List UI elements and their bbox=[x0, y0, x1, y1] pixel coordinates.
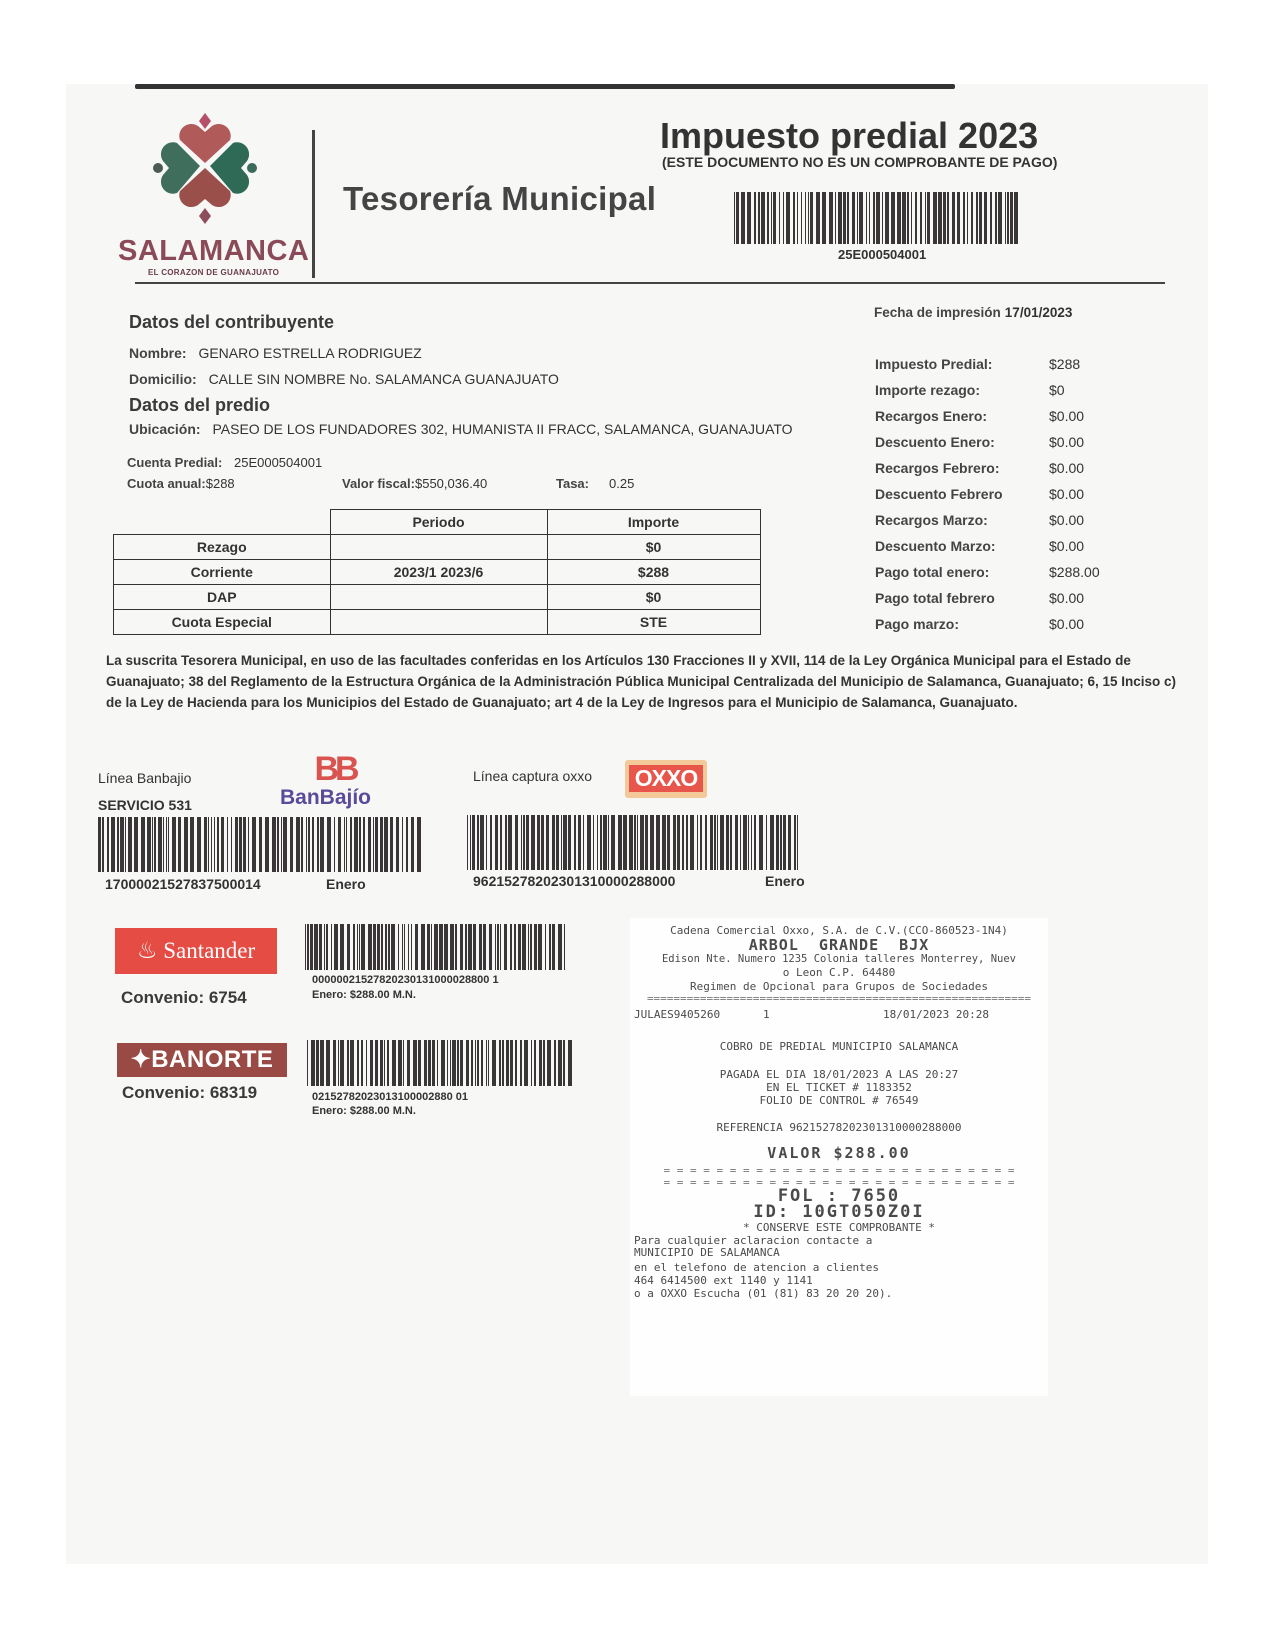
amount-cell: STE bbox=[547, 610, 760, 635]
barcode-bar bbox=[608, 815, 609, 870]
period-table: Periodo Importe Rezago $0 Corriente 2023… bbox=[113, 509, 761, 635]
barcode-bar bbox=[736, 192, 739, 244]
barcode-bar bbox=[546, 815, 549, 870]
barcode-bar bbox=[317, 817, 319, 872]
barcode-bar bbox=[154, 817, 156, 872]
barcode-bar bbox=[473, 924, 476, 970]
barcode-bar bbox=[805, 192, 806, 244]
barcode-bar bbox=[338, 817, 341, 872]
barcode-bar bbox=[404, 924, 405, 970]
barcode-bar bbox=[431, 924, 432, 970]
barcode-bar bbox=[477, 1040, 479, 1086]
barcode-bar bbox=[350, 817, 352, 872]
barcode-bar bbox=[480, 815, 484, 870]
barcode-bar bbox=[290, 817, 293, 872]
barcode-bar bbox=[747, 192, 751, 244]
barcode-bar bbox=[310, 924, 313, 970]
barcode-bar bbox=[829, 192, 833, 244]
barcode-bar bbox=[673, 815, 676, 870]
rate-value: 0.25 bbox=[609, 476, 634, 491]
barcode-bar bbox=[866, 192, 867, 244]
barcode-bar bbox=[952, 192, 955, 244]
summary-row: Descuento Enero:$0.00 bbox=[875, 434, 1100, 460]
barcode-bar bbox=[869, 192, 870, 244]
barcode-bar bbox=[320, 1040, 324, 1086]
barcode-bar bbox=[971, 192, 973, 244]
summary-row: Importe rezago:$0 bbox=[875, 382, 1100, 408]
banbajio-service: SERVICIO 531 bbox=[98, 797, 192, 813]
period-cell: 2023/1 2023/6 bbox=[330, 560, 547, 585]
concept-cell: Cuota Especial bbox=[114, 610, 331, 635]
barcode-bar bbox=[368, 817, 371, 872]
oxxo-reference: 96215278202301310000288000 bbox=[473, 873, 675, 889]
banorte-logo-text: BANORTE bbox=[151, 1046, 273, 1073]
barcode-bar bbox=[578, 815, 581, 870]
barcode-bar bbox=[920, 192, 922, 244]
barcode-bar bbox=[450, 924, 454, 970]
summary-label: Descuento Febrero bbox=[875, 486, 1049, 512]
barcode-bar bbox=[797, 815, 798, 870]
barcode-bar bbox=[305, 924, 306, 970]
barcode-bar bbox=[450, 1040, 451, 1086]
barcode-bar bbox=[783, 192, 784, 244]
santander-flame-icon: ♨ bbox=[137, 938, 163, 963]
barcode-bar bbox=[793, 192, 795, 244]
table-row: DAP $0 bbox=[114, 585, 761, 610]
barcode-bar bbox=[111, 817, 115, 872]
barcode-bar bbox=[190, 817, 194, 872]
summary-row: Descuento Febrero$0.00 bbox=[875, 486, 1100, 512]
document-disclaimer: (ESTE DOCUMENTO NO ES UN COMPROBANTE DE … bbox=[662, 154, 1057, 170]
summary-row: Pago total febrero$0.00 bbox=[875, 590, 1100, 616]
barcode-bar bbox=[418, 1040, 421, 1086]
annual-row: Cuota anual:$288 bbox=[127, 476, 235, 491]
barcode-bar bbox=[518, 924, 521, 970]
barcode-bar bbox=[346, 817, 347, 872]
receipt-terminal: 1 bbox=[763, 1008, 770, 1021]
barcode-bar bbox=[1005, 192, 1006, 244]
barcode-bar bbox=[891, 192, 895, 244]
barcode-bar bbox=[432, 1040, 435, 1086]
barcode-bar bbox=[907, 192, 909, 244]
barcode-bar bbox=[510, 1040, 513, 1086]
amount-cell: $0 bbox=[547, 535, 760, 560]
municipality-slogan: EL CORAZON DE GUANAJUATO bbox=[148, 268, 279, 277]
oxxo-logo-text: OXXO bbox=[629, 765, 703, 792]
barcode-bar bbox=[534, 1040, 536, 1086]
barcode-bar bbox=[751, 815, 752, 870]
santander-amount: Enero: $288.00 M.N. bbox=[312, 989, 416, 1001]
address-label: Domicilio: bbox=[129, 371, 197, 387]
barcode-bar bbox=[197, 817, 201, 872]
property-heading: Datos del predio bbox=[129, 395, 270, 416]
receipt-contact-2: MUNICIPIO DE SALAMANCA bbox=[634, 1246, 780, 1259]
barcode-bar bbox=[490, 815, 492, 870]
document-title: Impuesto predial 2023 bbox=[660, 115, 1038, 157]
barcode-bar bbox=[915, 192, 917, 244]
barcode-bar bbox=[387, 1040, 389, 1086]
barcode-bar bbox=[361, 924, 365, 970]
barcode-bar bbox=[640, 815, 644, 870]
barcode-bar bbox=[717, 815, 718, 870]
barcode-bar bbox=[645, 815, 648, 870]
banbajio-month: Enero bbox=[326, 876, 366, 892]
barcode-bar bbox=[526, 815, 529, 870]
summary-value: $0.00 bbox=[1049, 460, 1084, 486]
barcode-bar bbox=[497, 924, 499, 970]
concept-cell: Corriente bbox=[114, 560, 331, 585]
barcode-bar bbox=[221, 817, 224, 872]
rate-label: Tasa: bbox=[556, 476, 589, 491]
barcode-bar bbox=[477, 815, 479, 870]
barcode-bar bbox=[662, 815, 666, 870]
barcode-bar bbox=[634, 815, 636, 870]
barcode-bar bbox=[492, 1040, 496, 1086]
office-name: Tesorería Municipal bbox=[343, 180, 656, 218]
barcode-bar bbox=[714, 815, 716, 870]
barcode-bar bbox=[486, 1040, 487, 1086]
oxxo-logo: OXXO bbox=[625, 760, 707, 798]
barcode-bar bbox=[558, 924, 562, 970]
barcode-bar bbox=[361, 1040, 363, 1086]
barcode-bar bbox=[700, 815, 702, 870]
barcode-bar bbox=[344, 817, 345, 872]
barcode-bar bbox=[227, 817, 228, 872]
barcode-bar bbox=[882, 192, 883, 244]
summary-value: $0.00 bbox=[1049, 590, 1084, 616]
table-row: Cuota Especial STE bbox=[114, 610, 761, 635]
barcode-bar bbox=[637, 815, 638, 870]
barcode-bar bbox=[350, 1040, 354, 1086]
barcode-bar bbox=[943, 192, 946, 244]
barcode-bar bbox=[424, 1040, 427, 1086]
barcode-bar bbox=[166, 817, 167, 872]
barcode-bar bbox=[531, 815, 535, 870]
barcode-bar bbox=[603, 815, 607, 870]
barcode-bar bbox=[623, 815, 627, 870]
barcode-bar bbox=[466, 1040, 469, 1086]
barcode-bar bbox=[686, 815, 688, 870]
summary-value: $288 bbox=[1049, 356, 1080, 382]
barcode-bar bbox=[120, 817, 124, 872]
barcode-bar bbox=[406, 817, 408, 872]
barcode-bar bbox=[902, 192, 906, 244]
banbajio-logo-text: BanBajío bbox=[280, 786, 390, 810]
taxpayer-name-row: Nombre: GENARO ESTRELLA RODRIGUEZ bbox=[129, 345, 422, 361]
taxpayer-heading: Datos del contribuyente bbox=[129, 312, 334, 333]
summary-label: Recargos Marzo: bbox=[875, 512, 1049, 538]
account-label: Cuenta Predial: bbox=[127, 455, 222, 470]
barcode-bar bbox=[835, 192, 836, 244]
summary-row: Recargos Febrero:$0.00 bbox=[875, 460, 1100, 486]
barcode-bar bbox=[470, 815, 471, 870]
receipt-contact-3: en el telefono de atencion a clientes bbox=[634, 1261, 879, 1274]
barcode-bar bbox=[520, 1040, 522, 1086]
barcode-bar bbox=[500, 924, 501, 970]
barcode-bar bbox=[995, 192, 997, 244]
barcode-bar bbox=[468, 924, 472, 970]
summary-value: $0 bbox=[1049, 382, 1065, 408]
barcode-bar bbox=[933, 192, 937, 244]
barcode-bar bbox=[583, 815, 584, 870]
header-rule bbox=[135, 282, 1165, 284]
barcode-bar bbox=[272, 817, 276, 872]
barcode-bar bbox=[208, 817, 209, 872]
barcode-bar bbox=[411, 817, 414, 872]
barcode-bar bbox=[554, 1040, 556, 1086]
barcode-bar bbox=[677, 815, 680, 870]
barcode-bar bbox=[311, 1040, 315, 1086]
fiscal-label: Valor fiscal: bbox=[342, 476, 415, 491]
banorte-agreement: Convenio: 68319 bbox=[122, 1083, 257, 1103]
receipt-reference: REFERENCIA 96215278202301310000288000 bbox=[630, 1121, 1048, 1134]
barcode-bar bbox=[265, 817, 269, 872]
barcode-bar bbox=[391, 924, 395, 970]
barcode-bar bbox=[967, 192, 968, 244]
barcode-bar bbox=[690, 815, 694, 870]
barcode-bar bbox=[331, 924, 332, 970]
barcode-bar bbox=[514, 924, 516, 970]
santander-reference: 00000021527820230131000028800 1 bbox=[312, 974, 499, 986]
receipt-address-1: Edison Nte. Numero 1235 Colonia talleres… bbox=[630, 953, 1048, 965]
barcode-bar bbox=[667, 815, 670, 870]
banorte-reference: 02152782023013100002880 01 bbox=[312, 1091, 468, 1103]
barcode-bar bbox=[1014, 192, 1018, 244]
barcode-bar bbox=[911, 192, 912, 244]
summary-label: Pago marzo: bbox=[875, 616, 1049, 642]
barcode-bar bbox=[538, 924, 542, 970]
barcode-bar bbox=[543, 1040, 545, 1086]
barcode-bar bbox=[479, 924, 482, 970]
barcode-bar bbox=[697, 815, 698, 870]
barcode-bar bbox=[502, 1040, 504, 1086]
barcode-bar bbox=[552, 815, 555, 870]
barcode-bar bbox=[380, 817, 383, 872]
print-date-value: 17/01/2023 bbox=[1005, 305, 1073, 320]
barcode-bar bbox=[437, 1040, 438, 1086]
banbajio-label: Línea Banbajio bbox=[98, 770, 191, 786]
barcode-bar bbox=[347, 1040, 349, 1086]
barcode-bar bbox=[102, 817, 104, 872]
summary-value: $288.00 bbox=[1049, 564, 1100, 590]
barcode-bar bbox=[340, 1040, 344, 1086]
barcode-bar bbox=[211, 817, 212, 872]
barcode-bar bbox=[754, 192, 756, 244]
summary-value: $0.00 bbox=[1049, 486, 1084, 512]
barcode-bar bbox=[495, 815, 498, 870]
barcode-bar bbox=[338, 1040, 339, 1086]
receipt-separator: ========================================… bbox=[630, 992, 1048, 1005]
barcode-bar bbox=[306, 817, 307, 872]
barcode-bar bbox=[758, 192, 760, 244]
barcode-bar bbox=[773, 192, 776, 244]
barcode-bar bbox=[483, 924, 486, 970]
barcode-bar bbox=[776, 815, 779, 870]
barcode-bar bbox=[528, 924, 529, 970]
barcode-bar bbox=[650, 815, 654, 870]
barcode-bar bbox=[593, 815, 594, 870]
taxpayer-address: CALLE SIN NOMBRE No. SALAMANCA GUANAJUAT… bbox=[209, 371, 559, 387]
barcode-bar bbox=[779, 192, 780, 244]
barcode-bar bbox=[296, 817, 300, 872]
barcode-bar bbox=[407, 1040, 410, 1086]
account-barcode-number: 25E000504001 bbox=[838, 247, 926, 262]
barcode-bar bbox=[334, 817, 335, 872]
barcode-bar bbox=[444, 924, 448, 970]
barcode-bar bbox=[334, 924, 338, 970]
barcode-bar bbox=[587, 815, 591, 870]
barcode-bar bbox=[766, 815, 767, 870]
barcode-bar bbox=[277, 817, 279, 872]
barcode-bar bbox=[743, 815, 747, 870]
barcode-bar bbox=[963, 192, 965, 244]
barcode-bar bbox=[508, 815, 512, 870]
barcode-bar bbox=[788, 815, 791, 870]
barcode-bar bbox=[794, 815, 796, 870]
oxxo-payment-receipt: Cadena Comercial Oxxo, S.A. de C.V.(CCO-… bbox=[630, 918, 1048, 1396]
barcode-bar bbox=[957, 192, 960, 244]
barcode-bar bbox=[465, 924, 467, 970]
barcode-bar bbox=[656, 815, 660, 870]
barcode-bar bbox=[522, 924, 526, 970]
barcode-bar bbox=[504, 924, 507, 970]
barcode-bar bbox=[107, 817, 109, 872]
print-date-label: Fecha de impresión bbox=[874, 305, 1001, 320]
barcode-bar bbox=[885, 192, 889, 244]
barcode-bar bbox=[730, 815, 732, 870]
barcode-bar bbox=[510, 924, 512, 970]
barcode-bar bbox=[600, 815, 602, 870]
barcode-bar bbox=[925, 192, 926, 244]
barcode-bar bbox=[726, 815, 729, 870]
account-barcode bbox=[734, 192, 1020, 244]
payment-summary: Impuesto Predial:$288Importe rezago:$0Re… bbox=[875, 356, 1100, 642]
summary-value: $0.00 bbox=[1049, 408, 1084, 434]
barcode-bar bbox=[561, 815, 562, 870]
summary-label: Pago total febrero bbox=[875, 590, 1049, 616]
barcode-bar bbox=[417, 817, 421, 872]
barcode-bar bbox=[990, 192, 992, 244]
barcode-bar bbox=[460, 924, 463, 970]
barcode-bar bbox=[873, 192, 875, 244]
barcode-bar bbox=[384, 1040, 385, 1086]
barcode-bar bbox=[326, 1040, 330, 1086]
barcode-bar bbox=[767, 192, 769, 244]
barcode-bar bbox=[421, 924, 425, 970]
barcode-bar bbox=[467, 815, 468, 870]
barcode-bar bbox=[434, 924, 438, 970]
barcode-bar bbox=[373, 817, 374, 872]
table-header-cell: Importe bbox=[547, 510, 760, 535]
barcode-bar bbox=[754, 815, 756, 870]
barcode-bar bbox=[301, 817, 303, 872]
barcode-bar bbox=[979, 192, 982, 244]
barcode-bar bbox=[876, 192, 880, 244]
barcode-bar bbox=[705, 815, 707, 870]
barcode-bar bbox=[390, 817, 393, 872]
barcode-bar bbox=[720, 815, 724, 870]
barcode-bar bbox=[471, 1040, 473, 1086]
barcode-bar bbox=[366, 1040, 367, 1086]
concept-cell: DAP bbox=[114, 585, 331, 610]
barcode-bar bbox=[357, 924, 358, 970]
amount-cell: $0 bbox=[547, 585, 760, 610]
barcode-bar bbox=[359, 924, 360, 970]
summary-value: $0.00 bbox=[1049, 512, 1084, 538]
barcode-bar bbox=[375, 1040, 378, 1086]
barcode-bar bbox=[563, 1040, 565, 1086]
barcode-bar bbox=[327, 817, 331, 872]
barcode-bar bbox=[549, 924, 551, 970]
barcode-bar bbox=[141, 817, 145, 872]
banbajio-logo-icon: BB bbox=[280, 752, 390, 786]
summary-value: $0.00 bbox=[1049, 616, 1084, 642]
barcode-bar bbox=[357, 1040, 359, 1086]
barcode-bar bbox=[128, 817, 132, 872]
period-cell bbox=[330, 535, 547, 560]
barcode-bar bbox=[307, 1040, 308, 1086]
barcode-bar bbox=[184, 817, 188, 872]
barcode-bar bbox=[741, 192, 745, 244]
barcode-bar bbox=[563, 815, 567, 870]
barcode-bar bbox=[283, 817, 287, 872]
barcode-bar bbox=[239, 817, 242, 872]
barcode-bar bbox=[460, 1040, 463, 1086]
barcode-bar bbox=[545, 924, 546, 970]
barcode-bar bbox=[214, 817, 215, 872]
barcode-bar bbox=[489, 924, 492, 970]
barcode-bar bbox=[1007, 192, 1009, 244]
barcode-bar bbox=[770, 815, 774, 870]
barcode-bar bbox=[452, 1040, 456, 1086]
barcode-bar bbox=[398, 1040, 402, 1086]
barcode-bar bbox=[568, 815, 571, 870]
santander-barcode bbox=[305, 924, 567, 970]
barcode-bar bbox=[359, 817, 361, 872]
header-divider bbox=[312, 130, 315, 278]
summary-row: Recargos Marzo:$0.00 bbox=[875, 512, 1100, 538]
barcode-bar bbox=[319, 924, 322, 970]
barcode-bar bbox=[564, 924, 565, 970]
barcode-bar bbox=[354, 817, 358, 872]
receipt-datetime: 18/01/2023 20:28 bbox=[883, 1008, 989, 1021]
barcode-bar bbox=[808, 192, 809, 244]
santander-agreement: Convenio: 6754 bbox=[121, 988, 247, 1008]
barcode-bar bbox=[481, 1040, 483, 1086]
barcode-bar bbox=[312, 817, 314, 872]
barcode-bar bbox=[947, 192, 949, 244]
barcode-bar bbox=[259, 817, 262, 872]
barcode-bar bbox=[611, 815, 615, 870]
barcode-bar bbox=[523, 815, 525, 870]
barcode-bar bbox=[976, 192, 978, 244]
receipt-address-2: o Leon C.P. 64480 bbox=[630, 966, 1048, 979]
barcode-bar bbox=[252, 817, 256, 872]
barcode-bar bbox=[411, 924, 412, 970]
summary-value: $0.00 bbox=[1049, 434, 1084, 460]
receipt-concept: COBRO DE PREDIAL MUNICIPIO SALAMANCA bbox=[630, 1040, 1048, 1053]
barcode-bar bbox=[531, 1040, 532, 1086]
banorte-logo-icon: ✦ bbox=[131, 1046, 152, 1073]
annual-value: $288 bbox=[206, 476, 235, 491]
barcode-bar bbox=[408, 924, 409, 970]
period-cell bbox=[330, 610, 547, 635]
oxxo-barcode bbox=[467, 815, 800, 870]
fiscal-row: Valor fiscal:$550,036.40 bbox=[342, 476, 487, 491]
barcode-bar bbox=[539, 1040, 542, 1086]
barcode-bar bbox=[629, 815, 633, 870]
barcode-bar bbox=[147, 817, 151, 872]
